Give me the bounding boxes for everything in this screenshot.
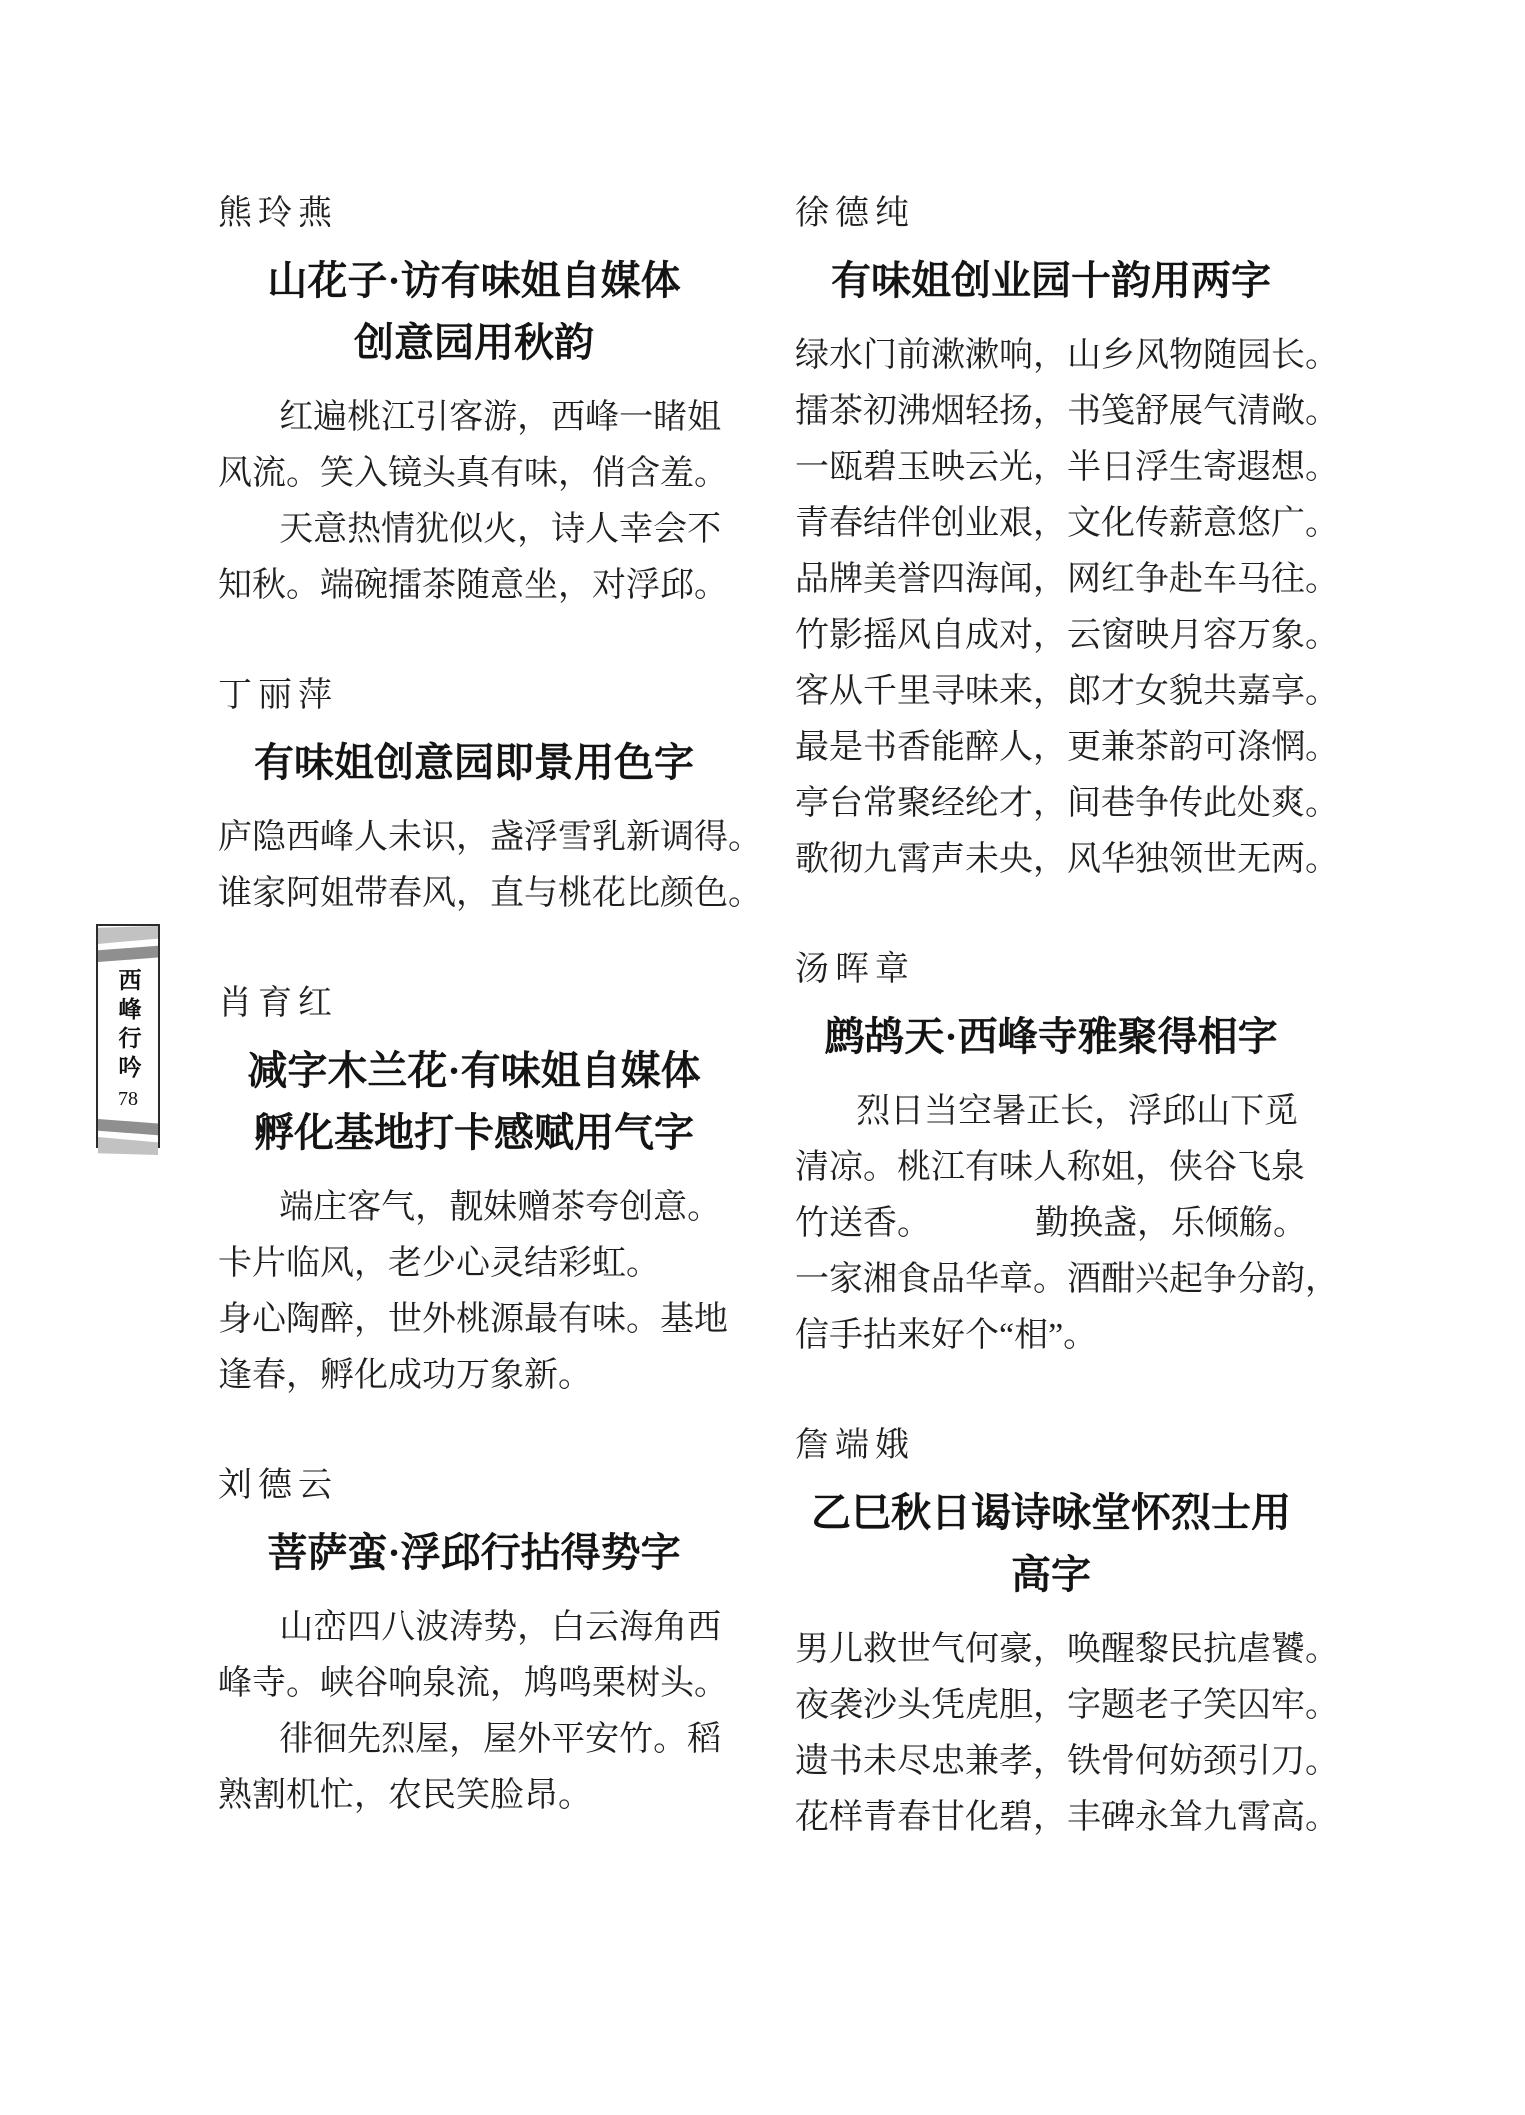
poem-line: 竹送香。 勤换盏，乐倾觞。 xyxy=(795,1196,1307,1252)
poem-line: 绿水门前漱漱响，山乡风物随园长。 xyxy=(795,328,1307,384)
author-name: 詹端娥 xyxy=(795,1422,1307,1470)
poem-line: 红遍桃江引客游，西峰一睹姐 xyxy=(218,390,730,446)
poem-title: 有味姐创意园即景用色字 xyxy=(218,732,730,794)
poem-line: 一瓯碧玉映云光，半日浮生寄遐想。 xyxy=(795,440,1307,496)
poem-line: 天意热情犹似火，诗人幸会不 xyxy=(218,502,730,558)
poem-line-segment: 勤换盏，乐倾觞。 xyxy=(1035,1196,1307,1252)
poem-title-line: 孵化基地打卡感赋用气字 xyxy=(218,1102,730,1164)
poem-block: 丁丽萍 有味姐创意园即景用色字 庐隐西峰人未识，盏浮雪乳新调得。 谁家阿姐带春风… xyxy=(218,672,730,922)
poem-line: 夜袭沙头凭虎胆，字题老子笑囚牢。 xyxy=(795,1678,1307,1734)
poem-line: 擂茶初沸烟轻扬，书笺舒展气清敞。 xyxy=(795,384,1307,440)
poem-line: 信手拈来好个“相”。 xyxy=(795,1308,1307,1364)
poem-line: 知秋。端碗擂茶随意坐，对浮邱。 xyxy=(218,558,730,614)
poem-title: 鹧鸪天·西峰寺雅聚得相字 xyxy=(795,1006,1307,1068)
poem-line: 风流。笑入镜头真有味，俏含羞。 xyxy=(218,446,730,502)
spine-marker: 西峰行吟 78 xyxy=(96,924,160,1148)
poem-title: 山花子·访有味姐自媒体 创意园用秋韵 xyxy=(218,250,730,374)
poem-body: 烈日当空暑正长，浮邱山下觅 清凉。桃江有味人称姐，侠谷飞泉 竹送香。 勤换盏，乐… xyxy=(795,1084,1307,1364)
poem-line-segment: 竹送香。 xyxy=(795,1196,931,1252)
poem-line: 客从千里寻味来，郎才女貌共嘉享。 xyxy=(795,664,1307,720)
spine-page-number: 78 xyxy=(118,1088,138,1111)
poem-line: 徘徊先烈屋，屋外平安竹。稻 xyxy=(218,1712,730,1768)
author-name: 肖育红 xyxy=(218,980,730,1028)
spine-title: 西峰行吟 xyxy=(112,968,145,1084)
poem-title-line: 高字 xyxy=(795,1544,1307,1606)
spine-ribbon-bottom-icon xyxy=(98,1119,158,1155)
poem-line: 一家湘食品华章。酒酣兴起争分韵， xyxy=(795,1252,1307,1308)
poem-block: 徐德纯 有味姐创业园十韵用两字 绿水门前漱漱响，山乡风物随园长。 擂茶初沸烟轻扬… xyxy=(795,190,1307,888)
spine-body: 西峰行吟 78 xyxy=(98,962,158,1119)
poem-body: 庐隐西峰人未识，盏浮雪乳新调得。 谁家阿姐带春风，直与桃花比颜色。 xyxy=(218,810,730,922)
poem-line: 谁家阿姐带春风，直与桃花比颜色。 xyxy=(218,866,730,922)
poem-body: 红遍桃江引客游，西峰一睹姐 风流。笑入镜头真有味，俏含羞。 天意热情犹似火，诗人… xyxy=(218,390,730,614)
poem-line: 逢春，孵化成功万象新。 xyxy=(218,1348,730,1404)
poem-title-line: 减字木兰花·有味姐自媒体 xyxy=(218,1040,730,1102)
poem-title-line: 创意园用秋韵 xyxy=(218,312,730,374)
poem-title-line: 山花子·访有味姐自媒体 xyxy=(218,250,730,312)
poem-line: 歌彻九霄声未央，风华独领世无两。 xyxy=(795,832,1307,888)
column-left: 熊玲燕 山花子·访有味姐自媒体 创意园用秋韵 红遍桃江引客游，西峰一睹姐 风流。… xyxy=(218,190,730,1824)
poem-body: 端庄客气，靓妹赠茶夸创意。 卡片临风，老少心灵结彩虹。 身心陶醉，世外桃源最有味… xyxy=(218,1180,730,1404)
poem-line: 青春结伴创业艰，文化传薪意悠广。 xyxy=(795,496,1307,552)
poem-line: 熟割机忙，农民笑脸昂。 xyxy=(218,1768,730,1824)
poem-body: 山峦四八波涛势，白云海角西 峰寺。峡谷响泉流，鸠鸣栗树头。 徘徊先烈屋，屋外平安… xyxy=(218,1600,730,1824)
author-name: 刘德云 xyxy=(218,1462,730,1510)
poem-title-line: 有味姐创意园即景用色字 xyxy=(218,732,730,794)
poem-line: 男儿救世气何豪，唤醒黎民抗虐饕。 xyxy=(795,1622,1307,1678)
poem-line: 身心陶醉，世外桃源最有味。基地 xyxy=(218,1292,730,1348)
poem-title-line: 菩萨蛮·浮邱行拈得势字 xyxy=(218,1522,730,1584)
poem-title-line: 有味姐创业园十韵用两字 xyxy=(795,250,1307,312)
poem-body: 绿水门前漱漱响，山乡风物随园长。 擂茶初沸烟轻扬，书笺舒展气清敞。 一瓯碧玉映云… xyxy=(795,328,1307,888)
poem-line: 端庄客气，靓妹赠茶夸创意。 xyxy=(218,1180,730,1236)
column-right: 徐德纯 有味姐创业园十韵用两字 绿水门前漱漱响，山乡风物随园长。 擂茶初沸烟轻扬… xyxy=(795,190,1307,1846)
poem-line: 庐隐西峰人未识，盏浮雪乳新调得。 xyxy=(218,810,730,866)
poem-line: 遗书未尽忠兼孝，铁骨何妨颈引刀。 xyxy=(795,1734,1307,1790)
poem-line: 山峦四八波涛势，白云海角西 xyxy=(218,1600,730,1656)
author-name: 熊玲燕 xyxy=(218,190,730,238)
poem-block: 汤晖章 鹧鸪天·西峰寺雅聚得相字 烈日当空暑正长，浮邱山下觅 清凉。桃江有味人称… xyxy=(795,946,1307,1364)
poem-line: 清凉。桃江有味人称姐，侠谷飞泉 xyxy=(795,1140,1307,1196)
poem-line: 品牌美誉四海闻，网红争赴车马往。 xyxy=(795,552,1307,608)
poem-title-line: 乙巳秋日谒诗咏堂怀烈士用 xyxy=(795,1482,1307,1544)
poem-block: 詹端娥 乙巳秋日谒诗咏堂怀烈士用 高字 男儿救世气何豪，唤醒黎民抗虐饕。 夜袭沙… xyxy=(795,1422,1307,1846)
poem-title: 菩萨蛮·浮邱行拈得势字 xyxy=(218,1522,730,1584)
spine-ribbon-top-icon xyxy=(98,926,158,962)
poem-block: 肖育红 减字木兰花·有味姐自媒体 孵化基地打卡感赋用气字 端庄客气，靓妹赠茶夸创… xyxy=(218,980,730,1404)
poem-line: 卡片临风，老少心灵结彩虹。 xyxy=(218,1236,730,1292)
book-page: 西峰行吟 78 熊玲燕 山花子·访有味姐自媒体 创意园用秋韵 红遍桃江引客游，西… xyxy=(0,0,1525,2115)
poem-block: 刘德云 菩萨蛮·浮邱行拈得势字 山峦四八波涛势，白云海角西 峰寺。峡谷响泉流，鸠… xyxy=(218,1462,730,1824)
poem-line: 亭台常聚经纶才，间巷争传此处爽。 xyxy=(795,776,1307,832)
poem-line: 最是书香能醉人，更兼茶韵可涤惘。 xyxy=(795,720,1307,776)
author-name: 汤晖章 xyxy=(795,946,1307,994)
poem-line: 峰寺。峡谷响泉流，鸠鸣栗树头。 xyxy=(218,1656,730,1712)
poem-body: 男儿救世气何豪，唤醒黎民抗虐饕。 夜袭沙头凭虎胆，字题老子笑囚牢。 遗书未尽忠兼… xyxy=(795,1622,1307,1846)
poem-title: 有味姐创业园十韵用两字 xyxy=(795,250,1307,312)
poem-title: 乙巳秋日谒诗咏堂怀烈士用 高字 xyxy=(795,1482,1307,1606)
poem-block: 熊玲燕 山花子·访有味姐自媒体 创意园用秋韵 红遍桃江引客游，西峰一睹姐 风流。… xyxy=(218,190,730,614)
author-name: 徐德纯 xyxy=(795,190,1307,238)
poem-line: 烈日当空暑正长，浮邱山下觅 xyxy=(795,1084,1307,1140)
poem-line: 竹影摇风自成对，云窗映月容万象。 xyxy=(795,608,1307,664)
poem-line: 花样青春甘化碧，丰碑永耸九霄高。 xyxy=(795,1790,1307,1846)
author-name: 丁丽萍 xyxy=(218,672,730,720)
poem-title: 减字木兰花·有味姐自媒体 孵化基地打卡感赋用气字 xyxy=(218,1040,730,1164)
poem-title-line: 鹧鸪天·西峰寺雅聚得相字 xyxy=(795,1006,1307,1068)
